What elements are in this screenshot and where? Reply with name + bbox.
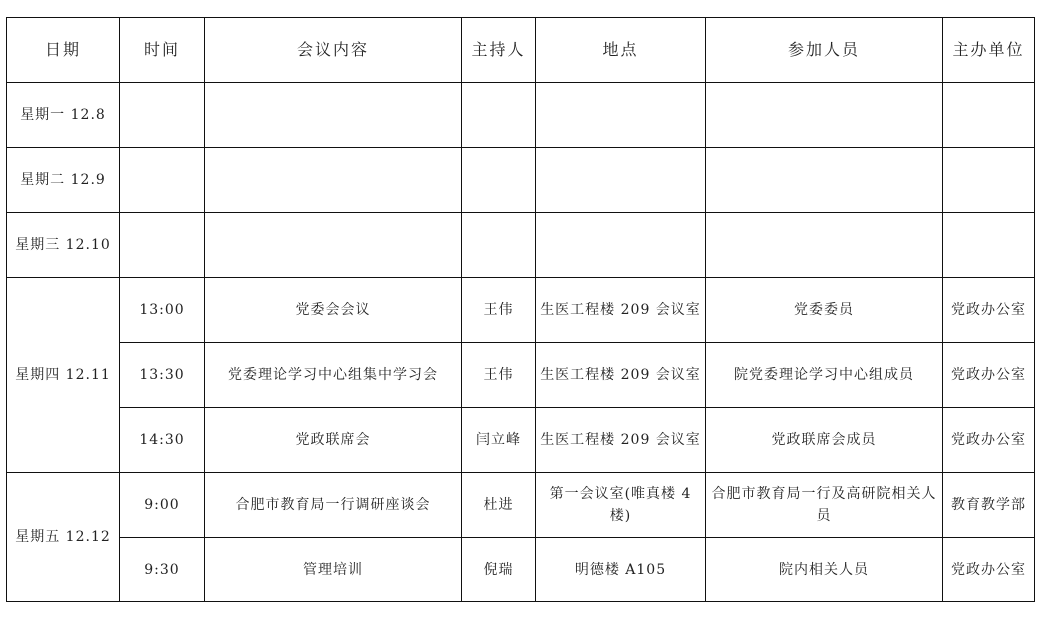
header-location: 地点 xyxy=(536,18,706,83)
date-cell: 星期二 12.9 xyxy=(7,148,120,213)
host-cell xyxy=(462,83,536,148)
location-cell: 明德楼 A105 xyxy=(536,538,706,602)
organizer-cell: 党政办公室 xyxy=(943,343,1035,408)
location-cell: 生医工程楼 209 会议室 xyxy=(536,343,706,408)
attendees-cell: 院党委理论学习中心组成员 xyxy=(706,343,943,408)
organizer-cell xyxy=(943,148,1035,213)
content-cell: 党委理论学习中心组集中学习会 xyxy=(205,343,462,408)
header-content: 会议内容 xyxy=(205,18,462,83)
host-cell: 倪瑞 xyxy=(462,538,536,602)
table-row: 星期三 12.10 xyxy=(7,213,1035,278)
date-cell: 星期五 12.12 xyxy=(7,473,120,602)
time-cell xyxy=(120,83,205,148)
location-cell xyxy=(536,83,706,148)
time-cell xyxy=(120,148,205,213)
content-cell: 合肥市教育局一行调研座谈会 xyxy=(205,473,462,538)
header-attendees: 参加人员 xyxy=(706,18,943,83)
organizer-cell xyxy=(943,83,1035,148)
attendees-cell xyxy=(706,148,943,213)
attendees-cell xyxy=(706,213,943,278)
content-cell xyxy=(205,213,462,278)
host-cell: 王伟 xyxy=(462,343,536,408)
time-cell: 13:00 xyxy=(120,278,205,343)
table-row: 星期四 12.11 13:00 党委会会议 王伟 生医工程楼 209 会议室 党… xyxy=(7,278,1035,343)
table-row: 14:30 党政联席会 闫立峰 生医工程楼 209 会议室 党政联席会成员 党政… xyxy=(7,408,1035,473)
time-cell: 9:00 xyxy=(120,473,205,538)
host-cell xyxy=(462,148,536,213)
date-cell: 星期三 12.10 xyxy=(7,213,120,278)
content-cell: 党委会会议 xyxy=(205,278,462,343)
organizer-cell: 党政办公室 xyxy=(943,408,1035,473)
location-cell xyxy=(536,213,706,278)
time-cell: 14:30 xyxy=(120,408,205,473)
table-row: 星期二 12.9 xyxy=(7,148,1035,213)
table-row: 13:30 党委理论学习中心组集中学习会 王伟 生医工程楼 209 会议室 院党… xyxy=(7,343,1035,408)
content-cell xyxy=(205,148,462,213)
meeting-schedule-table: 日期 时间 会议内容 主持人 地点 参加人员 主办单位 星期一 12.8 星期二… xyxy=(6,17,1035,602)
location-cell: 第一会议室(唯真楼 4 楼) xyxy=(536,473,706,538)
attendees-cell: 合肥市教育局一行及高研院相关人员 xyxy=(706,473,943,538)
location-cell xyxy=(536,148,706,213)
content-cell: 管理培训 xyxy=(205,538,462,602)
attendees-cell: 党委委员 xyxy=(706,278,943,343)
host-cell: 王伟 xyxy=(462,278,536,343)
header-date: 日期 xyxy=(7,18,120,83)
time-cell xyxy=(120,213,205,278)
location-cell: 生医工程楼 209 会议室 xyxy=(536,408,706,473)
attendees-cell: 党政联席会成员 xyxy=(706,408,943,473)
host-cell: 杜进 xyxy=(462,473,536,538)
location-cell: 生医工程楼 209 会议室 xyxy=(536,278,706,343)
date-cell: 星期一 12.8 xyxy=(7,83,120,148)
organizer-cell: 党政办公室 xyxy=(943,538,1035,602)
table-row: 星期五 12.12 9:00 合肥市教育局一行调研座谈会 杜进 第一会议室(唯真… xyxy=(7,473,1035,538)
host-cell xyxy=(462,213,536,278)
header-host: 主持人 xyxy=(462,18,536,83)
time-cell: 9:30 xyxy=(120,538,205,602)
table-row: 9:30 管理培训 倪瑞 明德楼 A105 院内相关人员 党政办公室 xyxy=(7,538,1035,602)
content-cell: 党政联席会 xyxy=(205,408,462,473)
attendees-cell: 院内相关人员 xyxy=(706,538,943,602)
table-row: 星期一 12.8 xyxy=(7,83,1035,148)
time-cell: 13:30 xyxy=(120,343,205,408)
organizer-cell: 党政办公室 xyxy=(943,278,1035,343)
date-cell: 星期四 12.11 xyxy=(7,278,120,473)
content-cell xyxy=(205,83,462,148)
table-header-row: 日期 时间 会议内容 主持人 地点 参加人员 主办单位 xyxy=(7,18,1035,83)
organizer-cell xyxy=(943,213,1035,278)
organizer-cell: 教育教学部 xyxy=(943,473,1035,538)
attendees-cell xyxy=(706,83,943,148)
header-time: 时间 xyxy=(120,18,205,83)
header-organizer: 主办单位 xyxy=(943,18,1035,83)
host-cell: 闫立峰 xyxy=(462,408,536,473)
